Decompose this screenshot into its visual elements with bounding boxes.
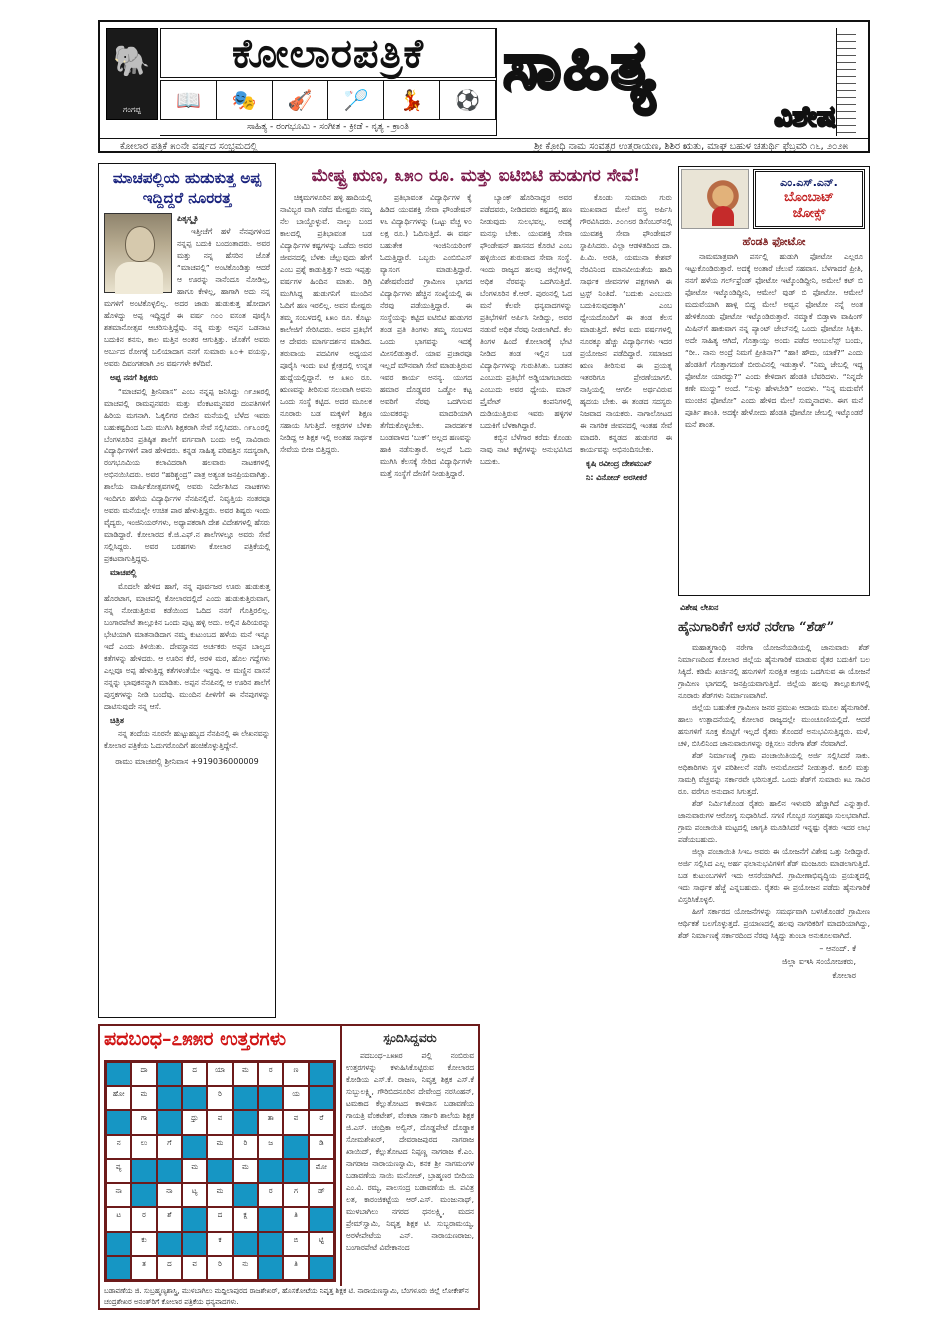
crossword-block <box>106 1062 131 1086</box>
translator-name: ನಿ: ವಿನೋದ್ ಅರಸೀಕರೆ <box>586 472 672 485</box>
crossword-block <box>106 1232 131 1256</box>
article-kicker: ವಿಶೇಷ ಲೇಖನ <box>680 602 870 615</box>
paragraph: ಬ್ಯಾಂಕ್ ಹೊರಿನಾದ್ದರ ಅವರ ಪಡೆದವರು, ನೀಡಿದವರು… <box>480 192 572 432</box>
elephant-logo: 🐘 ಗಂಗಪ್ಪ <box>106 28 158 120</box>
crossword-block <box>283 1135 308 1159</box>
crossword-cell: ಜ <box>258 1135 283 1159</box>
crossword-block <box>182 1135 207 1159</box>
jokes-author: ಎಂ.ಎಸ್.ಎನ್. <box>756 176 862 190</box>
paragraph: ಕಬ್ಬಿನ ಬೆಳೆಗಾರ ಕರೆದು ಕೊಂಡು ನಾವು ನಾಟಿ ಕಟ್… <box>480 432 572 468</box>
crossword-cell: ಡ್ <box>309 1183 334 1207</box>
crossword-block <box>283 1159 308 1183</box>
jokes-box: ಎಂ.ಎಸ್.ಎನ್. ಬೊಂಬಾಟ್ ಜೋಕ್ಸ್ ಹೆಂಡತಿ ಫೋಟೋ ನ… <box>678 166 870 596</box>
paragraph: ಕೊಂಡು ಸುಮಾರು ಗುರು ಮುಖವಾದ ಮೇಲೆ ವಸ್ತ್ರ ಅರ್… <box>580 192 672 456</box>
crossword-cell: ವ <box>182 1256 207 1280</box>
crossword-block <box>258 1086 283 1110</box>
crossword-cell: ತಾ <box>258 1110 283 1134</box>
crossword-cell: ರ <box>258 1183 283 1207</box>
signature-name: – ಆನಂದ್. ಕೆ <box>678 942 856 956</box>
author-name: ಕೃಷಿ ರವೀಂದ್ರ ದೇಶಮುಖ್ <box>586 458 672 471</box>
article-column: ಕೊಂಡು ಸುಮಾರು ಗುರು ಮುಖವಾದ ಮೇಲೆ ವಸ್ತ್ರ ಅರ್… <box>580 192 672 1307</box>
paragraph: ಜಿಲ್ಲಾ ಪಂಚಾಯಿತಿ ಸಿಇಒ ಅವರು ಈ ಯೋಜನೆಗೆ ವಿಶೇ… <box>678 846 870 906</box>
subhead: ಅಪ್ಪ ನನಗೆ ಶಿಕ್ಷಕರು <box>110 372 270 385</box>
crossword-cell: ನಾ <box>106 1183 131 1207</box>
crossword-block <box>157 1062 182 1086</box>
crossword-title: ಪದಬಂಧ–೭೫೫ರ ಉತ್ತರಗಳು <box>104 1028 286 1050</box>
crossword-cell: ಟ್ಯ <box>182 1183 207 1207</box>
paragraph: ಶೆಡ್ ನಿರ್ಮಿಸಿಕೊಂಡ ರೈತರು ಹಾಲಿನ ಇಳುವರಿ ಹೆಚ… <box>678 798 870 846</box>
left-article-headline: ಮಾಚಪಲ್ಲಿಯ ಹುಡುಕುತ್ತ ಅಪ್ಪ ಇದ್ದಿದ್ದರೆ ನೂರರ… <box>104 168 270 209</box>
crossword-block <box>258 1207 283 1231</box>
crossword-block <box>233 1110 258 1134</box>
crossword-block <box>309 1256 334 1280</box>
ball-icon: ⚽ <box>440 81 495 119</box>
crossword-answers: ಪದಬಂಧ–೭೫೫ರ ಉತ್ತರಗಳು ದಾದಯಾಮರಣಹೋಮರಿಯಗಾಧ್ರು… <box>98 1024 480 1310</box>
arts-illustration-strip: 📖 🎭 🎻 🏸 💃 ⚽ <box>160 80 496 120</box>
crossword-block <box>309 1062 334 1086</box>
paragraph: “ಮಾಚಪಲ್ಲಿ ಶ್ರೀನಿವಾಸ” ಎಂಬ ನನ್ನಪ್ಪ ಜನಿಸಿದ್… <box>104 386 270 566</box>
crossword-cell: ತಿ <box>283 1207 308 1231</box>
crossword-block <box>131 1183 156 1207</box>
supplement-title-sub: ವಿಶೇಷ <box>774 100 836 134</box>
crossword-block <box>207 1159 232 1183</box>
crossword-cell: ಗೆ <box>157 1135 182 1159</box>
joke-body: ನಾಮಮಾತ್ರವಾಗಿ ಪರ್ಸಲ್ಲಿ ಹುಡುಗಿ ಫೋಟೋ ಎಲ್ಲರೂ… <box>685 251 863 591</box>
signature: – ಆನಂದ್. ಕೆ ಜಿಲ್ಲಾ ಐಇಸಿ ಸಂಯೋಜಕರು, ಕೋಲಾರ <box>678 942 870 983</box>
crossword-cell: ಣ <box>283 1062 308 1086</box>
crossword-cell: ಯ <box>283 1086 308 1110</box>
anniversary-note: ಕೋಲಾರ ಪತ್ರಿಕೆ ೫೦ನೇ ವರ್ಷದ ಸಂಭ್ರಮದಲ್ಲಿ <box>120 141 257 152</box>
crossword-cell: ಗ <box>283 1183 308 1207</box>
racket-icon: 🏸 <box>328 81 384 119</box>
crossword-cell: ಶೆ <box>157 1207 182 1231</box>
crossword-cell: ಮ <box>207 1183 232 1207</box>
crossword-cell: ಮ <box>131 1086 156 1110</box>
crossword-cell: ಮ <box>233 1062 258 1086</box>
crossword-winners: ಸ್ಪಂದಿಸಿದ್ದವರು ಪದಬಂಧ–೭೫೫ರ ಪಲ್ಲಿ ನಂಬಿರುವ … <box>340 1026 478 1286</box>
crossword-cell: ವ್ಯ <box>106 1159 131 1183</box>
signature-place: ಕೋಲಾರ <box>678 969 856 983</box>
crossword-block <box>157 1232 182 1256</box>
jokes-title-2: ಜೋಕ್ಸ್ <box>756 206 862 222</box>
crossword-cell: ದ <box>182 1062 207 1086</box>
crossword-cell: ಟ್ಟಿ <box>309 1232 334 1256</box>
crossword-cell: ಮ <box>233 1159 258 1183</box>
crossword-cell: ರ <box>131 1207 156 1231</box>
ornament-border <box>836 28 856 136</box>
crossword-cell: ಕ್ಷ <box>233 1207 258 1231</box>
crossword-block <box>157 1086 182 1110</box>
crossword-cell: ದ <box>157 1256 182 1280</box>
violin-icon: 🎻 <box>273 81 329 119</box>
newspaper-page: 🐘 ಗಂಗಪ್ಪ ಕೋಲಾರಪತ್ರಿಕೆ 📖 🎭 🎻 🏸 💃 ⚽ ಸಾಹಿತ್… <box>98 20 870 1312</box>
crossword-cell: ಮ <box>182 1159 207 1183</box>
crossword-block <box>233 1183 258 1207</box>
crossword-block <box>258 1256 283 1280</box>
signature-title: ಜಿಲ್ಲಾ ಐಇಸಿ ಸಂಯೋಜಕರು, <box>678 955 856 969</box>
arts-caption: ಸಾಹಿತ್ಯ - ರಂಗಭೂಮಿ - ಸಂಗೀತ - ಕ್ರೀಡೆ - ನೃತ… <box>160 122 496 136</box>
crossword-block <box>233 1086 258 1110</box>
jokes-header: ಎಂ.ಎಸ್.ಎನ್. ಬೊಂಬಾಟ್ ಜೋಕ್ಸ್ <box>753 169 865 229</box>
crossword-cell: ವ <box>283 1110 308 1134</box>
paragraph: ನಾಮಮಾತ್ರವಾಗಿ ಪರ್ಸಲ್ಲಿ ಹುಡುಗಿ ಫೋಟೋ ಎಲ್ಲರೂ… <box>685 251 863 431</box>
crossword-cell: ನಾ <box>157 1183 182 1207</box>
paragraph: ಮೊದಲೇ ಹೇಳಿದ ಹಾಗೆ, ನನ್ನ ಪೂರ್ವಜರ ಊರು ಹುಡುಕ… <box>104 581 270 713</box>
paragraph: ಚಿಕ್ಕಮಗಳೂರಿನ ಹಳ್ಳಿ ಹಾದಿಯಲ್ಲಿ ನಾವಿಬ್ಬರ ವಾ… <box>280 192 372 456</box>
supplement-title: ಸಾಹಿತ್ಯ ವಿಶೇಷ <box>496 28 856 136</box>
winners-list: ಪದಬಂಧ–೭೫೫ರ ಪಲ್ಲಿ ನಂಬಿರುವ ಉತ್ತರಗಳನ್ನು ಕಳು… <box>346 1050 474 1254</box>
crossword-cell: ವ <box>207 1110 232 1134</box>
crossword-cell: ನು <box>233 1256 258 1280</box>
crossword-block <box>233 1232 258 1256</box>
supplement-title-main: ಸಾಹಿತ್ಯ <box>503 26 657 106</box>
center-article-headline: ಮೇಷ್ಟ್ರ ಋಣ, ೩೫೦ ರೂ. ಮತ್ತು ಐಟಿಬಿಟಿ ಹುಡುಗರ… <box>280 166 672 186</box>
crossword-cell: ದಾ <box>131 1062 156 1086</box>
winners-title: ಸ್ಪಂದಿಸಿದ್ದವರು <box>346 1029 474 1048</box>
paragraph: ಮಹಾತ್ಮಗಾಂಧಿ ನರೇಗಾ ಯೋಜನೆಯಡಿಯಲ್ಲಿ ಜಾನುವಾರು… <box>678 642 870 702</box>
crossword-cell: ಟ <box>106 1207 131 1231</box>
crossword-cell: ದ <box>207 1207 232 1231</box>
crossword-cell: ಗಾ <box>131 1110 156 1134</box>
crossword-cell: ಬಿ <box>283 1232 308 1256</box>
paragraph: ಶೆಡ್ ನಿರ್ಮಾಣಕ್ಕೆ ಗ್ರಾಮ ಪಂಚಾಯಿತಿಯಲ್ಲಿ ಅರ್… <box>678 750 870 798</box>
crossword-cell: ರಿ <box>207 1086 232 1110</box>
crossword-block <box>157 1110 182 1134</box>
elephant-icon: 🐘 <box>113 47 150 77</box>
crossword-block <box>182 1207 207 1231</box>
crossword-cell: ತಿ <box>283 1256 308 1280</box>
crossword-block <box>106 1110 131 1134</box>
crossword-grid: ದಾದಯಾಮರಣಹೋಮರಿಯಗಾಧ್ರುವತಾವರೆನಲುಗೆಮರಿಜಡಿವ್ಯ… <box>104 1060 336 1282</box>
crossword-block <box>309 1086 334 1110</box>
crossword-cell: ರೆ <box>309 1110 334 1134</box>
portrait-photo <box>104 213 172 293</box>
crossword-block <box>182 1232 207 1256</box>
crossword-cell: ರಿ <box>207 1256 232 1280</box>
paragraph: ಪ್ರತಿಭಾವಂತ ವಿದ್ಯಾರ್ಥಿಗಳ ಕೈ ಹಿಡಿದ ಯುವಶಕ್ತ… <box>380 192 472 480</box>
right-article: ವಿಶೇಷ ಲೇಖನ ಹೈನುಗಾರಿಕೆಗೆ ಆಸರೆ ನರೇಗಾ “ಶೆಡ್… <box>678 602 870 1307</box>
subhead: ಮಾಚಪಲ್ಲಿ <box>110 567 270 580</box>
crossword-cell: ನ <box>106 1135 131 1159</box>
paragraph: ಜಿಲ್ಲೆಯ ಬಹುತೇಕ ಗ್ರಾಮೀಣ ಜನರ ಪ್ರಮುಖ ಆದಾಯ ಮ… <box>678 702 870 750</box>
crossword-block <box>157 1159 182 1183</box>
crossword-cell: ರ <box>258 1062 283 1086</box>
paragraph: ಹೀಗೆ ಸರ್ಕಾರದ ಯೋಜನೆಗಳನ್ನು ಸಮರ್ಥವಾಗಿ ಬಳಸಿಕ… <box>678 906 870 942</box>
crossword-cell: ಕು <box>131 1232 156 1256</box>
crossword-cell: ತ <box>131 1256 156 1280</box>
crossword-cell: ಹೋ <box>106 1086 131 1110</box>
masthead: 🐘 ಗಂಗಪ್ಪ ಕೋಲಾರಪತ್ರಿಕೆ 📖 🎭 🎻 🏸 💃 ⚽ ಸಾಹಿತ್… <box>98 20 870 153</box>
crossword-cell: ರಿ <box>233 1135 258 1159</box>
dateline: ಕೋಲಾರ ಪತ್ರಿಕೆ ೫೦ನೇ ವರ್ಷದ ಸಂಭ್ರಮದಲ್ಲಿ ಶ್ರ… <box>100 138 868 153</box>
crossword-block <box>309 1207 334 1231</box>
subhead: ಚಿತ್ರಿತ <box>110 715 270 728</box>
caricature-image <box>681 169 749 229</box>
jokes-title-1: ಬೊಂಬಾಟ್ <box>756 190 862 206</box>
crossword-block <box>106 1256 131 1280</box>
crossword-block <box>258 1232 283 1256</box>
date-text: ಶ್ರೀ ಕ್ರೋಧಿ ನಾಮ ಸಂವತ್ಸರ ಉತ್ತರಾಯಣ, ಶಿಶಿರ … <box>534 141 848 152</box>
dance-icon: 💃 <box>384 81 440 119</box>
article-column: ಬ್ಯಾಂಕ್ ಹೊರಿನಾದ್ದರ ಅವರ ಪಡೆದವರು, ನೀಡಿದವರು… <box>480 192 572 1307</box>
newspaper-title: ಕೋಲಾರಪತ್ರಿಕೆ <box>160 28 496 78</box>
crossword-cell: ಧ್ರು <box>182 1110 207 1134</box>
logo-signature: ಗಂಗಪ್ಪ <box>123 105 141 115</box>
joke-title: ಹೆಂಡತಿ ಫೋಟೋ <box>683 235 865 249</box>
book-icon: 📖 <box>161 81 217 119</box>
right-article-headline: ಹೈನುಗಾರಿಕೆಗೆ ಆಸರೆ ನರೇಗಾ “ಶೆಡ್” <box>678 617 870 638</box>
paragraph: ನನ್ನ ತಂದೆಯ ನೂರನೇ ಹುಟ್ಟುಹಬ್ಬದ ನೆನಪಿನಲ್ಲಿ … <box>104 728 270 752</box>
crossword-block <box>131 1159 156 1183</box>
crossword-cell: ಮೋ <box>309 1159 334 1183</box>
crossword-cell: ಡಿ <box>309 1135 334 1159</box>
author-contact: ರಾಮು ಮಾಚಪಲ್ಲಿ ಶ್ರೀನಿವಾಸ +919036000009 <box>104 756 270 769</box>
crossword-block <box>182 1086 207 1110</box>
crossword-cell: ಲು <box>131 1135 156 1159</box>
crossword-block <box>258 1159 283 1183</box>
crossword-footer: ಬಡಾವಣೆಯ ಜಿ. ಸುಬ್ರಹ್ಮಣ್ಯಶಾಸ್ತ್ರಿ, ಮುಳಬಾಗಿ… <box>104 1286 476 1308</box>
crossword-cell: ಮ <box>207 1135 232 1159</box>
crossword-cell: ಕ <box>207 1232 232 1256</box>
crossword-cell: ಯಾ <box>207 1062 232 1086</box>
left-article-body: ಪಿತೃಸ್ಮೃತಿ ಇತ್ತೀಚೆಗೆ ಹಳೆ ನೆನಪುಗಳಿಂದ ನನ್ನ… <box>104 213 270 770</box>
left-article: ಮಾಚಪಲ್ಲಿಯ ಹುಡುಕುತ್ತ ಅಪ್ಪ ಇದ್ದಿದ್ದರೆ ನೂರರ… <box>98 163 276 1018</box>
theatre-masks-icon: 🎭 <box>217 81 273 119</box>
